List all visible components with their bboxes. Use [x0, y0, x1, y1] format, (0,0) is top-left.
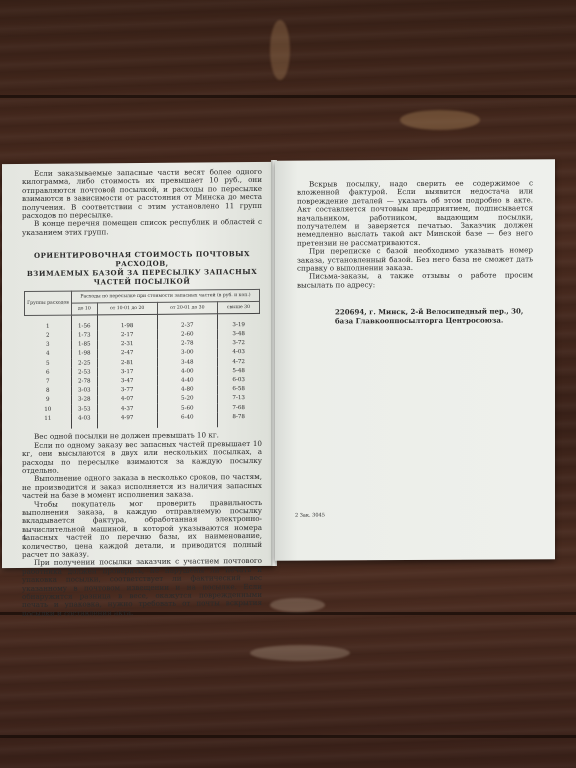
- group-cell: 1: [25, 315, 72, 331]
- rate-cell: 6-40: [157, 412, 217, 428]
- table-plank-seam: [0, 735, 576, 738]
- rate-cell: 6-58: [217, 385, 259, 395]
- rate-cell: 3-17: [97, 367, 157, 377]
- rate-cell: 4-72: [217, 357, 259, 367]
- rate-cell: 3-03: [72, 386, 98, 395]
- rate-cell: 2-81: [97, 358, 157, 368]
- rate-cell: 2-78: [157, 339, 217, 349]
- group-cell: 6: [25, 368, 72, 378]
- group-cell: 11: [25, 414, 72, 430]
- group-cell: 9: [25, 395, 72, 405]
- rate-cell: 3-00: [157, 348, 217, 358]
- wood-knot: [400, 110, 480, 130]
- column-header: от 10-01 до 20: [97, 303, 157, 316]
- body-paragraph: Выполнение одного заказа в несколько сро…: [22, 473, 262, 500]
- column-header: свыше 30: [217, 302, 259, 314]
- rate-cell: 4-80: [157, 385, 217, 395]
- body-paragraph: Если по одному заказу вес запасных часте…: [22, 440, 262, 476]
- rate-cell: 6-03: [217, 375, 259, 385]
- group-cell: 2: [25, 331, 72, 341]
- rate-cell: 1-85: [72, 340, 98, 349]
- rate-cell: 4-00: [157, 366, 217, 376]
- rate-cell: 3-72: [217, 339, 259, 349]
- rate-cell: 2-78: [72, 377, 98, 386]
- print-order-footnote: 2 Зак. 3045: [295, 512, 325, 518]
- right-page: Вскрыв посылку, надо сверить ее содержим…: [275, 159, 555, 560]
- group-cell: 10: [25, 405, 72, 415]
- group-header: Группы расходов: [25, 291, 72, 315]
- left-page: Если заказываемые запасные части весят б…: [2, 162, 274, 568]
- intro-paragraph: Если заказываемые запасные части весят б…: [22, 168, 262, 221]
- table-row: 114-034-976-408-78: [25, 412, 260, 429]
- rate-cell: 3-53: [72, 404, 98, 413]
- wood-knot: [270, 598, 325, 612]
- rate-cell: 2-53: [72, 368, 98, 377]
- rate-cell: 5-48: [217, 366, 259, 376]
- group-cell: 4: [25, 349, 72, 359]
- table-plank-seam: [0, 95, 576, 98]
- body-paragraph: Вскрыв посылку, надо сверить ее содержим…: [297, 179, 533, 247]
- rate-cell: 2-47: [97, 349, 157, 359]
- rate-cell: 5-60: [157, 403, 217, 413]
- body-paragraph: Чтобы покупатель мог проверить правильно…: [22, 498, 262, 559]
- rate-cell: 2-31: [97, 339, 157, 349]
- mailing-address: 220694, г. Минск, 2-й Велосипедный пер.,…: [335, 307, 533, 326]
- rate-cell: 3-77: [97, 385, 157, 395]
- group-cell: 8: [25, 386, 72, 396]
- rate-cell: 4-40: [157, 376, 217, 386]
- rate-cell: 7-68: [217, 403, 259, 413]
- address-line: база Главкооппосылторга Центросоюза.: [335, 316, 533, 326]
- body-paragraph: При переписке с базой необходимо указыва…: [297, 247, 533, 273]
- rate-cell: 4-03: [217, 348, 259, 358]
- rate-cell: 7-13: [217, 394, 259, 404]
- rate-cell: 3-47: [97, 376, 157, 386]
- rate-cell: 2-17: [97, 330, 157, 340]
- rate-cell: 4-07: [97, 395, 157, 405]
- rate-cell: 1-98: [72, 349, 98, 358]
- table-title-line: ВЗИМАЕМЫХ БАЗОЙ ЗА ПЕРЕСЫЛКУ ЗАПАСНЫХ ЧА…: [22, 267, 262, 287]
- rate-cell: 3-28: [72, 395, 98, 404]
- rate-cell: 2-60: [157, 330, 217, 340]
- intro-paragraph: В конце перечня помещен список республик…: [22, 218, 262, 237]
- rate-cell: 4-97: [97, 413, 157, 429]
- rate-cell: 3-48: [157, 357, 217, 367]
- postal-rates-table: Группы расходов Расходы по пересылке при…: [24, 289, 260, 429]
- wood-knot: [270, 20, 290, 80]
- rate-cell: 3-48: [217, 329, 259, 339]
- rate-cell: 1-73: [72, 331, 98, 340]
- group-cell: 7: [25, 377, 72, 387]
- rate-cell: 4-03: [72, 413, 98, 428]
- rate-cell: 4-37: [97, 404, 157, 414]
- column-header: до 10: [72, 303, 98, 315]
- rate-cell: 1-56: [72, 315, 98, 331]
- wood-knot: [250, 645, 350, 661]
- group-cell: 5: [25, 359, 72, 369]
- rate-cell: 2-25: [72, 358, 98, 367]
- rate-cell: 3-19: [217, 314, 259, 330]
- group-cell: 3: [25, 340, 72, 350]
- body-paragraph: Письма-заказы, а также отзывы о работе п…: [297, 272, 533, 290]
- rate-cell: 8-78: [217, 412, 259, 428]
- body-paragraph: При получении посылки заказчик с участие…: [22, 557, 262, 618]
- rate-cell: 1-98: [97, 315, 157, 331]
- column-header: от 20-01 до 30: [157, 302, 217, 315]
- rate-cell: 2-37: [157, 314, 217, 330]
- table-title: ОРИЕНТИРОВОЧНАЯ СТОИМОСТЬ ПОЧТОВЫХ РАСХО…: [22, 249, 262, 287]
- page-number: 4: [22, 534, 26, 542]
- rate-cell: 5-20: [157, 394, 217, 404]
